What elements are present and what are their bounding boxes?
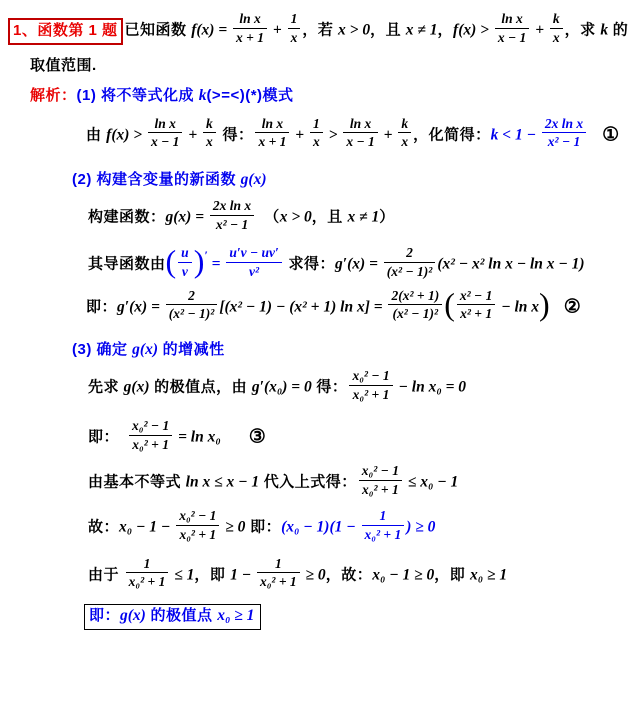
math-text: ≥ 0 bbox=[302, 566, 326, 583]
fraction: 1x₀² + 1 bbox=[126, 555, 169, 592]
math-text: ′ bbox=[204, 248, 207, 262]
fraction-denominator: (x² − 1)² bbox=[388, 305, 442, 323]
title-box: 1、函数第 1 题 bbox=[8, 18, 123, 45]
text-label: ，且 bbox=[370, 22, 406, 39]
circled-number: ① bbox=[602, 124, 619, 145]
fraction-denominator: x bbox=[288, 29, 301, 47]
fraction: x₀² − 1x₀² + 1 bbox=[349, 367, 392, 404]
fraction: 2(x² − 1)² bbox=[166, 287, 218, 324]
document: 1、函数第 1 题已知函数 f(x) = ln xx + 1 + 1x，若 x … bbox=[0, 0, 632, 630]
fraction: x₀² − 1x₀² + 1 bbox=[129, 417, 172, 454]
fraction-numerator: 1 bbox=[257, 555, 300, 574]
fraction-denominator: x₀² + 1 bbox=[176, 526, 219, 544]
fraction-numerator: 2 bbox=[166, 287, 218, 306]
fraction-numerator: 1 bbox=[126, 555, 169, 574]
fraction-denominator: x bbox=[550, 29, 563, 47]
fraction-denominator: (x² − 1)² bbox=[384, 263, 436, 281]
fraction-denominator: v² bbox=[226, 263, 282, 281]
derivative-rule-line: 其导函数由(uv)′ = u′v − uv′v² 求得：g′(x) = 2(x²… bbox=[88, 246, 632, 283]
fraction-denominator: x bbox=[310, 133, 323, 151]
math-text: = bbox=[208, 255, 225, 272]
fraction: ln xx − 1 bbox=[343, 115, 377, 152]
math-text: > bbox=[325, 126, 342, 143]
math-text: ≤ 1 bbox=[170, 566, 194, 583]
text-label: 的极值点，由 bbox=[150, 379, 252, 396]
conclusion-box: 即：g(x) 的极值点 x₀ ≥ 1 bbox=[84, 604, 261, 630]
math-text: − ln x₀ = 0 bbox=[395, 379, 466, 396]
fraction: x₀² − 1x₀² + 1 bbox=[359, 462, 402, 499]
circled-number: ③ bbox=[249, 426, 266, 447]
text-label: 的增减性 bbox=[158, 341, 225, 358]
math-text: x > 0 bbox=[280, 209, 312, 226]
text-label: 已知函数 bbox=[125, 22, 192, 39]
text-label: 代入上式得： bbox=[259, 474, 357, 491]
fraction-denominator: x² − 1 bbox=[210, 216, 254, 234]
fraction-denominator: x bbox=[398, 133, 411, 151]
fraction-numerator: 2 bbox=[384, 244, 436, 263]
math-text: (x² − x² ln x − ln x − 1) bbox=[437, 255, 584, 272]
fraction-numerator: 2x ln x bbox=[210, 197, 254, 216]
fraction: 2(x² − 1)² bbox=[384, 244, 436, 281]
math-text: + bbox=[380, 126, 397, 143]
fraction-denominator: x + 1 bbox=[255, 133, 289, 151]
math-text: ln x ≤ x − 1 bbox=[186, 474, 259, 491]
fraction-numerator: ln x bbox=[343, 115, 377, 134]
fraction-numerator: x₀² − 1 bbox=[129, 417, 172, 436]
big-paren: ( bbox=[444, 286, 455, 322]
fraction-numerator: 2x ln x bbox=[542, 115, 586, 134]
math-text: ) ≥ 0 bbox=[406, 519, 435, 536]
big-paren: ( bbox=[166, 243, 177, 279]
fraction-numerator: u bbox=[178, 244, 192, 263]
text-label: ， bbox=[438, 22, 454, 39]
fraction: 2x ln xx² − 1 bbox=[542, 115, 586, 152]
text-label: 求得： bbox=[284, 255, 335, 272]
fraction-numerator: x² − 1 bbox=[457, 287, 495, 306]
math-text: g(x) bbox=[120, 607, 146, 624]
math-text: f(x) > bbox=[106, 126, 146, 143]
text-label: (>=<)(*)模式 bbox=[206, 87, 293, 104]
math-text: g′(x) = bbox=[117, 298, 164, 315]
text-label: (1) 将不等式化成 bbox=[77, 87, 199, 104]
circled-number: ② bbox=[564, 296, 581, 317]
fraction: kx bbox=[203, 115, 216, 152]
text-label: 故： bbox=[88, 519, 119, 536]
big-paren: ) bbox=[194, 243, 205, 279]
fraction-numerator: x₀² − 1 bbox=[176, 507, 219, 526]
math-text: x₀ ≥ 1 bbox=[217, 607, 254, 624]
math-text: f(x) > bbox=[453, 22, 493, 39]
text-label: 由 bbox=[86, 126, 106, 143]
extremum-equation-line: 先求 g(x) 的极值点，由 g′(x₀) = 0 得：x₀² − 1x₀² +… bbox=[88, 369, 632, 406]
math-text: k < 1 − bbox=[491, 126, 540, 143]
fraction-numerator: ln x bbox=[255, 115, 289, 134]
math-text: k bbox=[600, 22, 608, 39]
text-label: 由基本不等式 bbox=[88, 474, 186, 491]
fraction: ln xx − 1 bbox=[495, 10, 529, 47]
math-text: g(x) bbox=[241, 171, 267, 188]
fraction-numerator: 2(x² + 1) bbox=[388, 287, 442, 306]
fraction-numerator: 1 bbox=[288, 10, 301, 29]
fraction-numerator: 1 bbox=[362, 507, 405, 526]
conclusion-derivation-line: 由于 1x₀² + 1 ≤ 1，即 1 − 1x₀² + 1 ≥ 0，故：x₀ … bbox=[88, 557, 632, 594]
text-label: 即： bbox=[86, 298, 117, 315]
fraction-denominator: x bbox=[203, 133, 216, 151]
construct-function-line: 构建函数：g(x) = 2x ln xx² − 1（x > 0，且 x ≠ 1） bbox=[88, 199, 632, 236]
text-label: 先求 bbox=[88, 379, 124, 396]
text-label: 即： bbox=[88, 428, 119, 445]
math-text: g(x) bbox=[132, 341, 158, 358]
basic-inequality-line: 由基本不等式 ln x ≤ x − 1 代入上式得：x₀² − 1x₀² + 1… bbox=[88, 464, 632, 501]
fraction: kx bbox=[550, 10, 563, 47]
math-text: = ln x₀ bbox=[174, 428, 221, 445]
math-text: ≤ x₀ − 1 bbox=[404, 474, 458, 491]
fraction-denominator: v bbox=[178, 263, 192, 281]
text-label: ，即 bbox=[434, 566, 470, 583]
text-label: ，求 bbox=[565, 22, 601, 39]
text-label: 的 bbox=[608, 22, 628, 39]
text-label: 的极值点 bbox=[146, 607, 217, 624]
fraction: 2x ln xx² − 1 bbox=[210, 197, 254, 234]
text-label: ，且 bbox=[312, 209, 348, 226]
fraction: kx bbox=[398, 115, 411, 152]
math-text: g′(x) = bbox=[335, 255, 382, 272]
fraction-denominator: x₀² + 1 bbox=[362, 526, 405, 544]
fraction: x² − 1x² + 1 bbox=[457, 287, 495, 324]
text-label: 得： bbox=[312, 379, 348, 396]
math-text: x₀ − 1 ≥ 0 bbox=[372, 566, 434, 583]
math-text: 1 − bbox=[230, 566, 255, 583]
math-text: f(x) = bbox=[191, 22, 231, 39]
math-text: + bbox=[291, 126, 308, 143]
math-text: + bbox=[184, 126, 201, 143]
math-text: − ln x bbox=[497, 298, 539, 315]
text-label: ，即 bbox=[194, 566, 230, 583]
fraction: 1x bbox=[288, 10, 301, 47]
fraction: ln xx + 1 bbox=[233, 10, 267, 47]
math-text: [(x² − 1) − (x² + 1) ln x] = bbox=[219, 298, 386, 315]
math-text: + bbox=[531, 22, 548, 39]
text-label: 由于 bbox=[88, 566, 124, 583]
fraction-denominator: x² + 1 bbox=[457, 305, 495, 323]
factored-inequality-line: 故：x₀ − 1 − x₀² − 1x₀² + 1 ≥ 0 即：(x₀ − 1)… bbox=[88, 509, 632, 546]
fraction-denominator: x₀² + 1 bbox=[349, 386, 392, 404]
fraction-numerator: 1 bbox=[310, 115, 323, 134]
problem-statement-line-1: 1、函数第 1 题已知函数 f(x) = ln xx + 1 + 1x，若 x … bbox=[8, 12, 632, 49]
fraction: u′v − uv′v² bbox=[226, 244, 282, 281]
fraction-denominator: x₀² + 1 bbox=[359, 481, 402, 499]
fraction-denominator: x₀² + 1 bbox=[129, 436, 172, 454]
fraction-denominator: x − 1 bbox=[343, 133, 377, 151]
fraction: uv bbox=[178, 244, 192, 281]
math-text: x > 0 bbox=[338, 22, 370, 39]
problem-statement-line-2: 取值范围. bbox=[30, 55, 632, 77]
big-paren: ) bbox=[539, 286, 550, 322]
fraction-denominator: x₀² + 1 bbox=[126, 573, 169, 591]
math-text: g(x) = bbox=[166, 209, 208, 226]
math-text: g′(x₀) = 0 bbox=[252, 379, 312, 396]
math-text: x₀ − 1 − bbox=[119, 519, 174, 536]
text-label: 解析： bbox=[30, 87, 77, 104]
solution-step-2-header: (2) 构建含变量的新函数 g(x) bbox=[72, 169, 632, 191]
text-label: ，若 bbox=[302, 22, 338, 39]
text-label: (2) 构建含变量的新函数 bbox=[72, 171, 241, 188]
fraction-numerator: ln x bbox=[233, 10, 267, 29]
fraction-numerator: ln x bbox=[148, 115, 182, 134]
text-label: 得： bbox=[218, 126, 254, 143]
text-label: 即： bbox=[89, 607, 120, 624]
fraction: ln xx − 1 bbox=[148, 115, 182, 152]
fraction-numerator: k bbox=[398, 115, 411, 134]
fraction: ln xx + 1 bbox=[255, 115, 289, 152]
formula-2-line: 即：g′(x) = 2(x² − 1)²[(x² − 1) − (x² + 1)… bbox=[86, 289, 632, 326]
formula-3-line: 即：x₀² − 1x₀² + 1 = ln x₀③ bbox=[88, 419, 632, 456]
fraction-numerator: x₀² − 1 bbox=[359, 462, 402, 481]
math-text: g(x) bbox=[124, 379, 150, 396]
fraction-denominator: x² − 1 bbox=[542, 133, 586, 151]
math-text: ≥ 0 bbox=[221, 519, 245, 536]
fraction: 1x bbox=[310, 115, 323, 152]
fraction-numerator: x₀² − 1 bbox=[349, 367, 392, 386]
math-text: x ≠ 1 bbox=[406, 22, 438, 39]
text-label: ，化简得： bbox=[413, 126, 491, 143]
fraction: x₀² − 1x₀² + 1 bbox=[176, 507, 219, 544]
fraction-numerator: ln x bbox=[495, 10, 529, 29]
text-label: 构建函数： bbox=[88, 209, 166, 226]
fraction-denominator: x − 1 bbox=[495, 29, 529, 47]
math-text: (x₀ − 1)(1 − bbox=[281, 519, 359, 536]
math-text: x ≠ 1 bbox=[347, 209, 379, 226]
text-label: ，故： bbox=[326, 566, 373, 583]
math-text: x₀ ≥ 1 bbox=[470, 566, 507, 583]
text-label: 其导函数由 bbox=[88, 255, 166, 272]
text-label: ） bbox=[379, 209, 395, 226]
fraction: 1x₀² + 1 bbox=[362, 507, 405, 544]
fraction-denominator: (x² − 1)² bbox=[166, 305, 218, 323]
text-label: （ bbox=[264, 209, 280, 226]
solution-step-1-header: 解析：(1) 将不等式化成 k(>=<)(*)模式 bbox=[30, 85, 632, 107]
fraction-denominator: x + 1 bbox=[233, 29, 267, 47]
fraction-numerator: k bbox=[203, 115, 216, 134]
fraction-denominator: x₀² + 1 bbox=[257, 573, 300, 591]
text-label: 取值范围. bbox=[30, 57, 97, 74]
solution-step-3-header: (3) 确定 g(x) 的增减性 bbox=[72, 339, 632, 361]
fraction-denominator: x − 1 bbox=[148, 133, 182, 151]
text-label: 即： bbox=[245, 519, 281, 536]
fraction-numerator: k bbox=[550, 10, 563, 29]
fraction-numerator: u′v − uv′ bbox=[226, 244, 282, 263]
math-text: + bbox=[269, 22, 286, 39]
fraction: 1x₀² + 1 bbox=[257, 555, 300, 592]
text-label: (3) 确定 bbox=[72, 341, 132, 358]
fraction: 2(x² + 1)(x² − 1)² bbox=[388, 287, 442, 324]
formula-1-derivation: 由 f(x) > ln xx − 1 + kx 得：ln xx + 1 + 1x… bbox=[86, 117, 632, 154]
